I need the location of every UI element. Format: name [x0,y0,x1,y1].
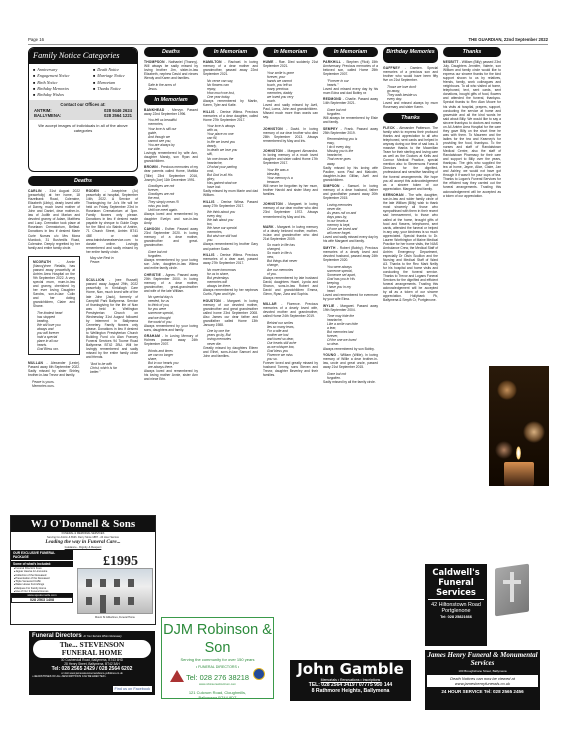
category-item: Birthday Memories [33,86,93,91]
notice-redmond: REDMOND - Charlie. Passed away 14th Sept… [323,97,378,105]
heading-birthday-memories: Birthday Memories [383,47,438,63]
heading-in-memoriam-4: In Memoriam [323,47,378,57]
notice-smyth: SMYTH - Robert (Bobby). Precious memorie… [323,246,378,262]
categories-box: Family Notice Categories Anniversary Dea… [28,47,138,172]
stevenson-logo: The... STEVENSONFUNERAL HOME [33,640,151,658]
notice-sempey: SEMPEY - Frank. Passed away 25th Septemb… [323,127,378,135]
ballymena-tel: 028 2564 1221 [104,113,132,118]
funeral-home-photo [77,568,153,614]
column-5: In Memoriam HUME - Rae. Died suddenly 21… [263,47,318,380]
heading-in-memoriam: In Memoriam [144,95,198,105]
notice-hillis: HILLIS - Denise Wilma. Precious memories… [203,110,258,122]
notice-hillis: HILLIS - Denise Wilma. Precious memories… [203,253,258,265]
column-4: In Memoriam HAMILTON - Rachael. In lovin… [203,47,258,360]
ad-james-henry: James Henry Funeral & Monumental Service… [425,650,540,710]
deaths-column-1: Deaths CARLIN - 31st August 2022 (peacef… [28,176,80,388]
column-6: In Memoriam PARKHILL - Stephen (Flick) 1… [323,47,378,386]
ballymena-label: BALLYMENA: [34,113,61,118]
notice-carlin: CARLIN - 31st August 2022 (peacefully) a… [28,189,80,250]
heading-in-memoriam-2: In Memoriam [203,47,258,57]
notice-cahoon: CAHOON - Esther. Passed away 23rd Septem… [144,227,198,247]
category-item: Birthday Wishes [33,92,93,97]
notice-parkhill: PARKHILL - Stephen (Flick) 15th Annivers… [323,60,378,76]
category-item: Marriage Notice [93,73,138,78]
ad-stevenson: Funeral Directors At Your Service When N… [29,631,155,695]
heading-deaths-2: Deaths [144,47,198,57]
categories-list: Anniversary Death Notice Engagement Noti… [29,64,137,98]
notice-graham: GRAHAM - In Loving Memory of Holmes pass… [144,334,198,346]
notice-gaffney: GAFFNEY - Damien. Special memories of a … [383,66,438,82]
heading-deaths: Deaths [28,176,138,186]
notice-mullan: MULLAN - Alexander (Lexie). Passed away … [28,361,80,377]
images-note: We accept images of individuals in all o… [29,122,137,134]
category-item: Thanks Notice [93,86,138,91]
notice-thompson: THOMPSON - Nathaniel (Thanny). Will alwa… [144,60,198,80]
warning-logo-icon [170,670,184,682]
category-item: Anniversary [33,67,93,72]
ad-djm-robinson: DJM Robinson & Son Serving the community… [161,617,274,699]
notice-houston: HOUSTON - Margaret. In loving memory of … [203,299,258,327]
notice-christie: CHRISTIE - Agnes. Passed away 20th Septe… [144,273,198,293]
column-7: Birthday Memories GAFFNEY - Damien. Spec… [383,47,438,305]
paper-title: THE GUARDIAN, 22nd September 2022 [468,37,548,42]
page-header: Page 16 THE GUARDIAN, 22nd September 202… [28,35,548,45]
notice-brown: BROWN - Precious memories of my dear par… [144,165,198,181]
notice-millar: MILLAR - Florence. Precious memories of … [263,302,318,318]
wj-name: WJ O'Donnell & Sons [11,516,155,532]
candle-image [489,366,549,486]
notice-mcgrath: MCGRATH - Annie (Nancy)/nee Retallic, ha… [28,256,80,356]
notice-hume: HUME - Rae. Died suddenly 21st September… [263,60,318,68]
notice-johnston: JOHNSTON - Margaret Alexandra. In loving… [263,149,318,165]
notice-johnston: JOHNSTON - Margaret. In loving memory of… [263,202,318,218]
notice-kernohan: KERNOHAN - The wife, daughter, son-in-la… [383,193,438,302]
notice-nesbitt: NESBITT - William (Billy) passed 23rd Ju… [443,60,501,198]
page-number: Page 16 [28,37,44,42]
column-8: Thanks NESBITT - William (Billy) passed … [443,47,501,200]
category-item: Memoriam [93,80,138,85]
notice-hamilton: HAMILTON - Rachael. In loving memory of … [203,60,258,76]
heading-in-memoriam-3: In Memoriam [263,47,318,57]
heading-thanks: Thanks [383,113,438,123]
category-item: Birth Notice [33,80,93,85]
notice-young: YOUNG - William (Willie). In loving memo… [323,353,378,369]
facebook-icon: Find us on Facebook [113,686,152,692]
category-item: Engagement Notice [33,73,93,78]
notice-bankhead: BANKHEAD - Mervyn. Passed away 22nd Sept… [144,108,198,116]
column-3: Deaths THOMPSON - Nathaniel (Thanny). Wi… [144,47,198,384]
category-item: Death Notice [93,67,138,72]
contact-box: Contact our Offices at: ANTRIM:028 9446 … [29,100,137,120]
notice-fleck: FLECK - Alexander Patterson. The family … [383,126,438,191]
ad-wj-odonnell: WJ O'Donnell & Sons FUNERAL & MEMORIAL S… [10,515,156,625]
wj-included-list: Funeral Directors FeesJaguar Hearse & Li… [11,567,73,593]
notice-scullion: SCULLION - (nee Russell) passed away Aug… [86,278,138,359]
deaths-column-2: RODEN - Josephine (Jo) peacefully at hos… [86,189,138,374]
notice-mark: MARK - Margaret. In loving memory of a d… [263,225,318,241]
notice-johnston: JOHNSTON - David. In loving memory of ou… [263,127,318,143]
crest-icon [253,668,265,680]
heading-thanks-2: Thanks [443,47,501,57]
contact-title: Contact our Offices at: [34,102,132,107]
notice-wylie: WYLIE - Margaret. Passed away 19th Septe… [323,304,378,312]
bible-cross-icon [490,562,540,617]
notice-hillis: HILLIS - Denise Wilma. Passed away 27th … [203,200,258,208]
notice-roden: RODEN - Josephine (Jo) peacefully at hos… [86,189,138,254]
ad-john-gamble: John Gamble Memorials • Renovations • In… [290,660,411,701]
categories-title: Family Notice Categories [29,48,137,64]
ad-caldwells: Caldwell's Funeral Services 42 Hiltonsto… [425,564,487,646]
notice-simpson: SIMPSON - Samuel. In loving memory of a … [323,184,378,200]
